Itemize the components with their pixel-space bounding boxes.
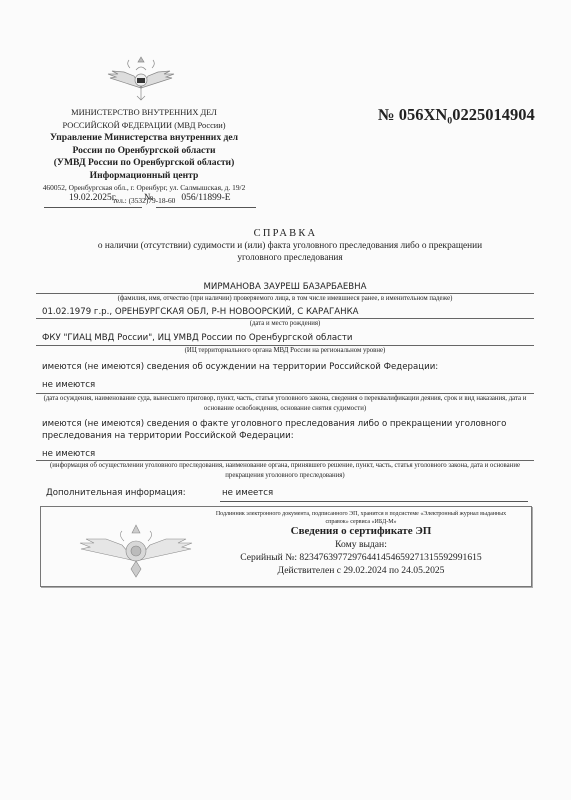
document-subtitle: о наличии (отсутствии) судимости и (или)… [80,240,500,264]
mvd-emblem-icon [100,50,182,102]
issued-to: Кому выдан: [191,539,531,550]
date-underline [44,207,142,208]
number-underline [156,207,256,208]
person-full-name: МИРМАНОВА ЗАУРЕШ БАЗАРБАЕВНА [36,282,534,292]
birth-caption: (дата и место рождения) [36,319,534,329]
signature-note: Подлинник электронного документа, подпис… [211,510,511,526]
prosecution-question: имеются (не имеются) сведения о факте уг… [42,418,532,442]
ministry-header: МИНИСТЕРСТВО ВНУТРЕННИХ ДЕЛ РОССИЙСКОЙ Ф… [30,107,258,207]
info-center-caption: (ИЦ территориального органа МВД России н… [36,346,534,356]
certificate-serial: Серийный №: 8234763977297644145465927131… [191,552,531,563]
ministry-line-1: МИНИСТЕРСТВО ВНУТРЕННИХ ДЕЛ [30,107,258,120]
registration-date: 19.02.2025г. [44,193,142,203]
prosecution-answer: не имеются [42,449,95,459]
mvd-emblem-icon [76,519,196,579]
signature-title: Сведения о сертификате ЭП [191,525,531,537]
additional-underline [220,501,528,502]
dept-line-1: Управление Министерства внутренних дел [30,132,258,145]
convictions-caption: (дата осуждения, наименование суда, выне… [36,394,534,414]
info-center: ФКУ "ГИАЦ МВД России", ИЦ УМВД России по… [42,333,352,343]
dept-line-3: (УМВД России по Оренбургской области) [30,157,258,170]
dept-line-4: Информационный центр [30,170,258,183]
prosecution-caption: (информация об осуществлении уголовного … [36,461,534,481]
convictions-question: имеются (не имеются) сведения об осужден… [42,361,532,373]
e-signature-block: Подлинник электронного документа, подпис… [40,506,532,587]
full-name-caption: (фамилия, имя, отчество (при наличии) пр… [36,294,534,304]
additional-info-value: не имеется [222,488,273,498]
birth-info: 01.02.1979 г.р., ОРЕНБУРГСКАЯ ОБЛ, Р-Н Н… [42,307,359,317]
registration-number: 056/11899-Е [156,193,256,203]
additional-info-label: Дополнительная информация: [46,488,186,498]
certificate-validity: Действителен с 29.02.2024 по 24.05.2025 [191,565,531,576]
document-number: № 056ХN₀0225014904 [378,105,535,125]
ministry-line-2: РОССИЙСКОЙ ФЕДЕРАЦИИ (МВД России) [30,120,258,133]
document-title: СПРАВКА [0,228,571,239]
dept-line-2: России по Оренбургской области [30,145,258,158]
convictions-answer: не имеются [42,380,95,390]
registration-number-label: № [144,193,153,203]
